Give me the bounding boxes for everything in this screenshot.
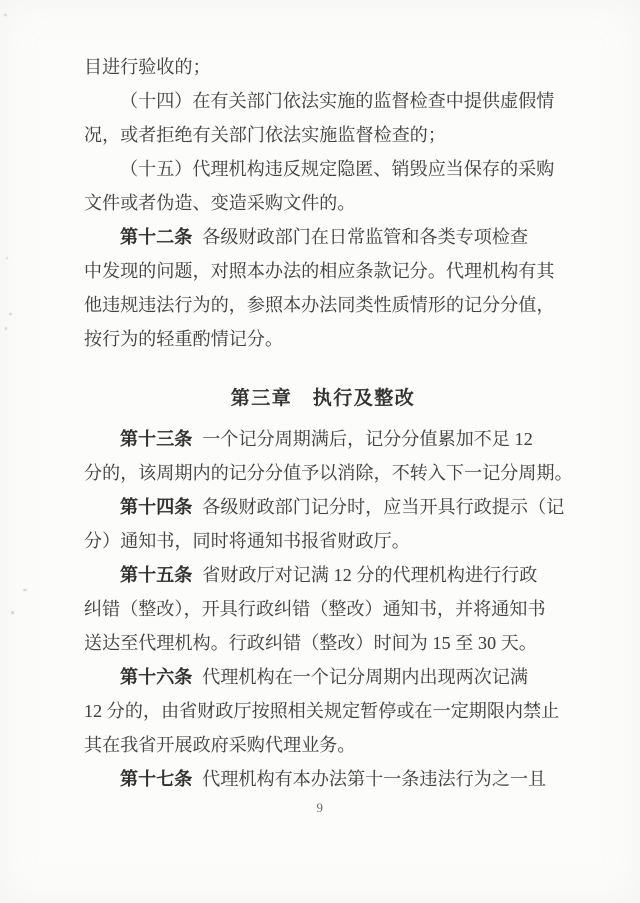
text-line: 目进行验收的； (84, 50, 562, 84)
article-number-label: 第十四条 (120, 497, 192, 517)
text-line: 第十二条各级财政部门在日常监管和各类专项检查 (84, 220, 562, 254)
text-line: 送达至代理机构。行政纠错（整改）时间为 15 至 30 天。 (84, 626, 562, 660)
text-line: 分的，该周期内的记分分值予以消除，不转入下一记分周期。 (84, 456, 562, 490)
text-line: 他违规违法行为的，参照本办法同类性质情形的记分分值， (84, 288, 562, 322)
scan-speck (11, 611, 14, 614)
text-line: 第十六条代理机构在一个记分周期内出现两次记满 (84, 660, 562, 694)
article-number-label: 第十三条 (120, 429, 192, 449)
scanned-document-page: 目进行验收的；（十四）在有关部门依法实施的监督检查中提供虚假情况，或者拒绝有关部… (0, 0, 640, 903)
article-number-label: 第十二条 (120, 227, 192, 247)
text-line: 第十三条一个记分周期满后，记分分值累加不足 12 (84, 422, 562, 456)
scan-speck (5, 327, 7, 330)
text-line: 中发现的问题，对照本办法的相应条款记分。代理机构有其 (84, 254, 562, 288)
scan-speck (6, 257, 8, 259)
text-line: 12 分的，由省财政厅按照相关规定暂停或在一定期限内禁止 (84, 694, 562, 728)
scan-speck (9, 313, 12, 315)
text-line: 况，或者拒绝有关部门依法实施监督检查的； (84, 118, 562, 152)
document-body: 目进行验收的；（十四）在有关部门依法实施的监督检查中提供虚假情况，或者拒绝有关部… (84, 50, 562, 796)
page-number: 9 (0, 800, 640, 816)
article-number-label: 第十七条 (120, 769, 192, 789)
scan-speck (4, 14, 7, 16)
scan-speck (23, 589, 27, 591)
text-line: 第十七条代理机构有本办法第十一条违法行为之一且 (84, 762, 562, 796)
text-line: 第十四条各级财政部门记分时，应当开具行政提示（记 (84, 490, 562, 524)
article-number-label: 第十六条 (120, 667, 192, 687)
text-line: 按行为的轻重酌情记分。 (84, 322, 562, 356)
text-line: 分）通知书，同时将通知书报省财政厅。 (84, 524, 562, 558)
text-line: （十四）在有关部门依法实施的监督检查中提供虚假情 (84, 84, 562, 118)
chapter-heading: 第三章 执行及整改 (84, 382, 562, 416)
text-line: 其在我省开展政府采购代理业务。 (84, 728, 562, 762)
article-number-label: 第十五条 (120, 565, 192, 585)
text-line: 纠错（整改），开具行政纠错（整改）通知书，并将通知书 (84, 592, 562, 626)
text-line: 第十五条省财政厅对记满 12 分的代理机构进行行政 (84, 558, 562, 592)
text-line: （十五）代理机构违反规定隐匿、销毁应当保存的采购 (84, 152, 562, 186)
text-line: 文件或者伪造、变造采购文件的。 (84, 186, 562, 220)
